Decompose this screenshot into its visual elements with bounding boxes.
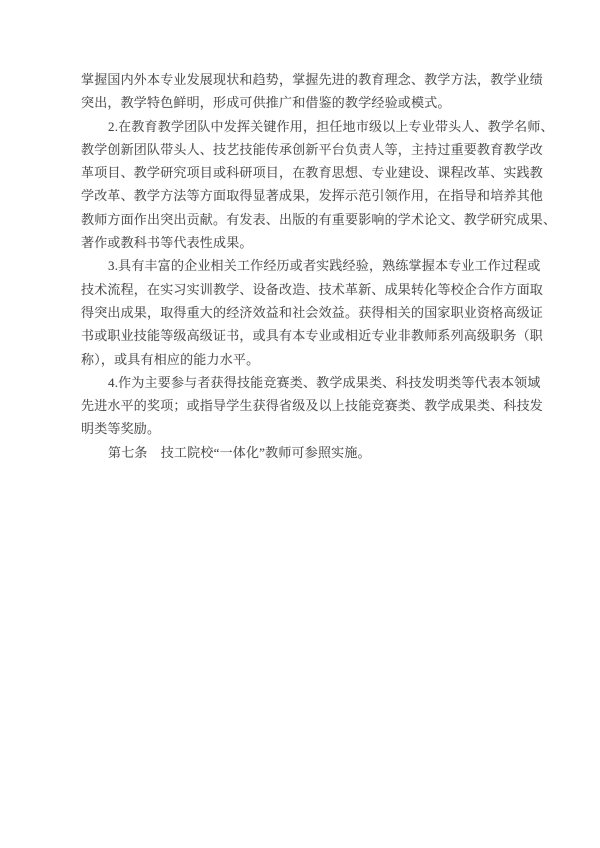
text-line: 技术流程，在实习实训教学、设备改造、技术革新、成果转化等校企合作方面取: [81, 278, 525, 301]
text-line: 先进水平的奖项；或指导学生获得省级及以上技能竞赛类、教学成果类、科技发: [81, 394, 525, 417]
text-line: 书或职业技能等级高级证书，或具有本专业或相近专业非教师系列高级职务（职: [81, 324, 525, 347]
text-line: 4.作为主要参与者获得技能竞赛类、教学成果类、科技发明类等代表本领域: [81, 371, 525, 394]
document-page: 掌握国内外本专业发展现状和趋势，掌握先进的教育理念、教学方法，教学业绩突出，教学…: [0, 0, 600, 848]
text-line: 明类等奖励。: [81, 417, 525, 440]
text-line: 著作或教科书等代表性成果。: [81, 231, 525, 254]
text-line: 学改革、教学方法等方面取得显著成果，发挥示范引领作用，在指导和培养其他: [81, 184, 525, 207]
text-line: 称），或具有相应的能力水平。: [81, 348, 525, 371]
text-line: 得突出成果，取得重大的经济效益和社会效益。获得相关的国家职业资格高级证: [81, 301, 525, 324]
text-line: 革项目、教学研究项目或科研项目，在教育思想、专业建设、课程改革、实践教: [81, 161, 525, 184]
text-line: 3.具有丰富的企业相关工作经历或者实践经验，熟练掌握本专业工作过程或: [81, 254, 525, 277]
text-line: 教师方面作出突出贡献。有发表、出版的有重要影响的学术论文、教学研究成果、: [81, 208, 525, 231]
text-line: 教学创新团队带头人、技艺技能传承创新平台负责人等，主持过重要教育教学改: [81, 138, 525, 161]
document-text-block: 掌握国内外本专业发展现状和趋势，掌握先进的教育理念、教学方法，教学业绩突出，教学…: [81, 68, 525, 464]
text-line: 掌握国内外本专业发展现状和趋势，掌握先进的教育理念、教学方法，教学业绩: [81, 68, 525, 91]
text-line: 突出，教学特色鲜明，形成可供推广和借鉴的教学经验或模式。: [81, 91, 525, 114]
text-line: 2.在教育教学团队中发挥关键作用，担任地市级以上专业带头人、教学名师、: [81, 115, 525, 138]
text-line: 第七条 技工院校“一体化”教师可参照实施。: [81, 441, 525, 464]
